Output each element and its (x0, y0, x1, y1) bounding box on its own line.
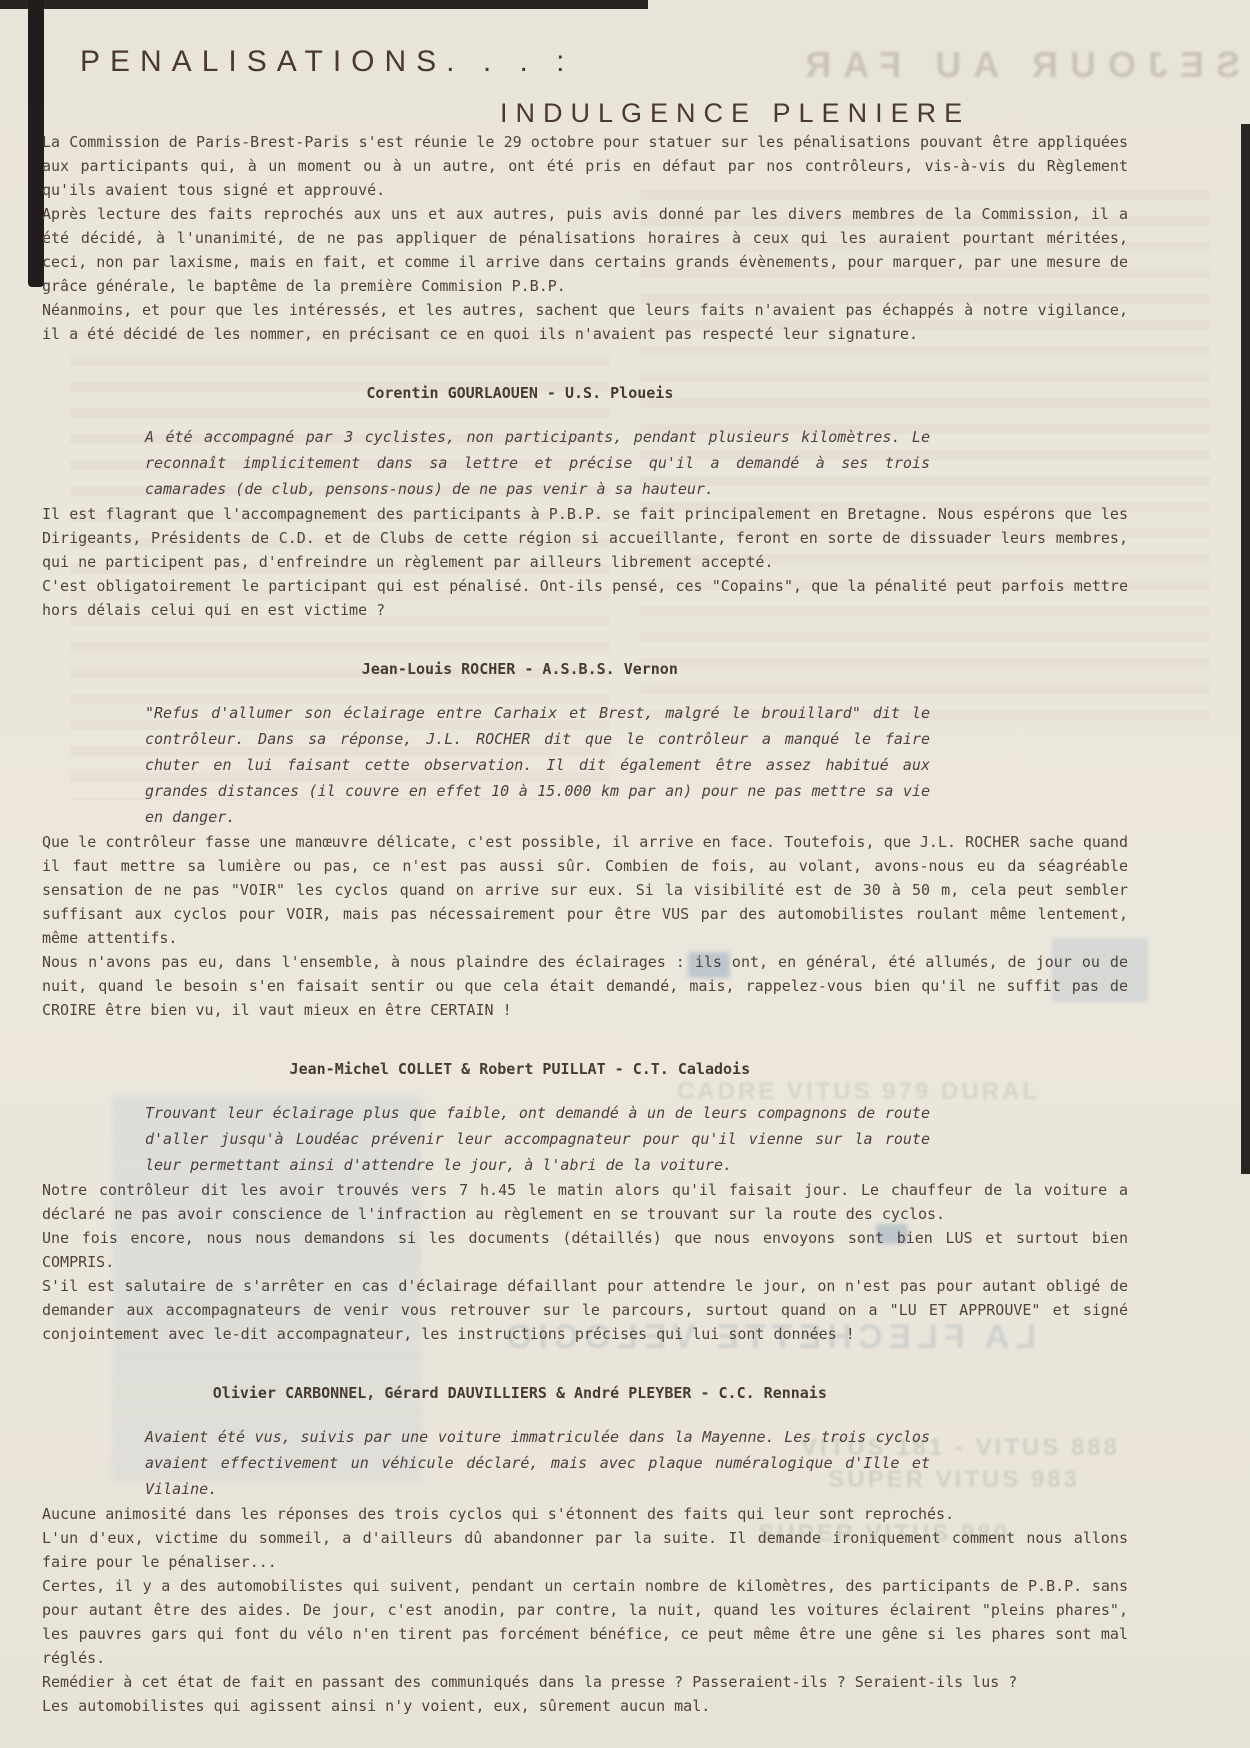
section-commentary-1: Il est flagrant que l'accompagnement des… (42, 502, 1128, 622)
section-carbonnel-dauvilliers-pleyber: Olivier CARBONNEL, Gérard DAUVILLIERS & … (42, 1384, 1128, 1718)
section-heading-1: Corentin GOURLAOUEN - U.S. Ploueis (42, 384, 998, 402)
intro-paragraph-1: La Commission de Paris-Brest-Paris s'est… (42, 130, 1128, 202)
section-commentary-3: Notre contrôleur dit les avoir trouvés v… (42, 1178, 1128, 1346)
section-quote-2: "Refus d'allumer son éclairage entre Car… (145, 700, 930, 830)
section-quote-4: Avaient été vus, suivis par une voiture … (145, 1424, 930, 1502)
page-subtitle: INDULGENCE PLENIERE (500, 96, 1128, 130)
section-heading-2: Jean-Louis ROCHER - A.S.B.S. Vernon (42, 660, 998, 678)
section-commentary-4: Aucune animosité dans les réponses des t… (42, 1502, 1128, 1718)
section-collet-puillat: Jean-Michel COLLET & Robert PUILLAT - C.… (42, 1060, 1128, 1346)
section-rocher: Jean-Louis ROCHER - A.S.B.S. Vernon "Ref… (42, 660, 1128, 1022)
section-quote-3: Trouvant leur éclairage plus que faible,… (145, 1100, 930, 1178)
section-gourlaouen: Corentin GOURLAOUEN - U.S. Ploueis A été… (42, 384, 1128, 622)
scanned-page: SEJOUR AU FAR CADRE VITUS 979 DURAL VITU… (0, 0, 1250, 1748)
intro-paragraph-3: Néanmoins, et pour que les intéressés, e… (42, 298, 1128, 346)
page-title: PENALISATIONS. . . : (80, 44, 1128, 80)
section-commentary-2: Que le contrôleur fasse une manœuvre dél… (42, 830, 1128, 1022)
section-heading-3: Jean-Michel COLLET & Robert PUILLAT - C.… (42, 1060, 998, 1078)
article: PENALISATIONS. . . : INDULGENCE PLENIERE… (0, 0, 1250, 1718)
section-heading-4: Olivier CARBONNEL, Gérard DAUVILLIERS & … (42, 1384, 998, 1402)
section-quote-1: A été accompagné par 3 cyclistes, non pa… (145, 424, 930, 502)
intro-paragraph-2: Après lecture des faits reprochés aux un… (42, 202, 1128, 298)
